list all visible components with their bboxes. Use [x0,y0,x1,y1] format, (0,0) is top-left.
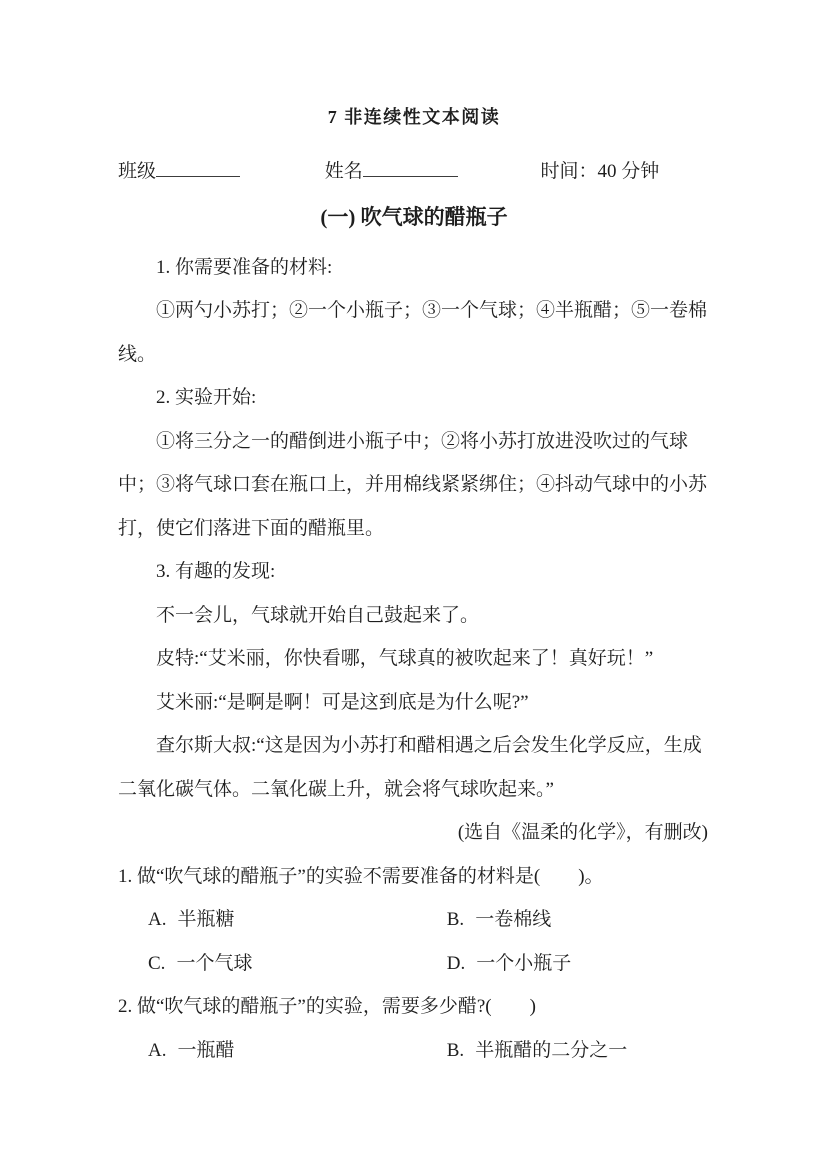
class-blank-line [156,156,240,177]
name-field: 姓名 [325,156,458,186]
option-label: B. [447,898,464,942]
question-1-option-row-2: C.一个气球 D.一个小瓶子 [118,942,718,986]
question-2-stem: 2. 做“吹气球的醋瓶子”的实验，需要多少醋?( ) [118,985,718,1029]
question-2-option-a: A.一瓶醋 [148,1029,442,1073]
name-blank-line [363,156,458,177]
meta-row: 班级 姓名 时间：40 分钟 [118,156,718,186]
passage-paragraph-materials-list: ①两勺小苏打；②一个小瓶子；③一个气球；④半瓶醋；⑤一卷棉线。 [118,289,708,376]
option-text: 一个气球 [176,953,252,974]
doc-title: 7 非连续性文本阅读 [118,104,710,130]
name-label: 姓名 [325,161,363,182]
question-1-option-c: C.一个气球 [148,942,442,986]
option-text: 一个小瓶子 [476,953,571,974]
question-2-option-row-1: A.一瓶醋 B.半瓶醋的二分之一 [118,1029,718,1073]
passage-paragraph-dialogue-pete: 皮特:“艾米丽，你快看哪，气球真的被吹起来了！真好玩！” [118,637,708,681]
option-label: A. [148,898,166,942]
option-label: D. [447,942,465,986]
section-title: (一) 吹气球的醋瓶子 [118,202,710,232]
question-1-option-row-1: A.半瓶糖 B.一卷棉线 [118,898,718,942]
passage-paragraph-experiment-heading: 2. 实验开始: [118,376,708,420]
option-text: 半瓶糖 [177,909,234,930]
class-label: 班级 [118,161,156,182]
question-1-stem: 1. 做“吹气球的醋瓶子”的实验不需要准备的材料是( )。 [118,855,718,899]
passage-paragraph-discovery: 不一会儿，气球就开始自己鼓起来了。 [118,594,708,638]
worksheet-page: 7 非连续性文本阅读 班级 姓名 时间：40 分钟 (一) 吹气球的醋瓶子 1.… [0,0,827,1169]
option-text: 一卷棉线 [475,909,551,930]
option-label: B. [447,1029,464,1073]
question-2-option-b: B.半瓶醋的二分之一 [447,1029,627,1073]
passage-paragraph-experiment-steps: ①将三分之一的醋倒进小瓶子中；②将小苏打放进没吹过的气球中；③将气球口套在瓶口上… [118,420,708,551]
option-text: 半瓶醋的二分之一 [475,1040,627,1061]
option-text: 一瓶醋 [177,1040,234,1061]
question-1-option-d: D.一个小瓶子 [447,942,572,986]
question-1-option-a: A.半瓶糖 [148,898,442,942]
questions-section: 1. 做“吹气球的醋瓶子”的实验不需要准备的材料是( )。 A.半瓶糖 B.一卷… [118,855,718,1073]
time-label: 时间：40 分钟 [541,158,660,186]
passage-paragraph-materials-heading: 1. 你需要准备的材料: [118,246,708,290]
passage: 1. 你需要准备的材料: ①两勺小苏打；②一个小瓶子；③一个气球；④半瓶醋；⑤一… [118,246,708,855]
passage-paragraph-discovery-heading: 3. 有趣的发现: [118,550,708,594]
option-label: C. [148,942,165,986]
question-1-option-b: B.一卷棉线 [447,898,551,942]
class-field: 班级 [118,156,240,186]
passage-paragraph-dialogue-charles: 查尔斯大叔:“这是因为小苏打和醋相遇之后会发生化学反应，生成二氧化碳气体。二氧化… [118,724,708,811]
attribution: (选自《温柔的化学》，有删改) [118,811,708,855]
option-label: A. [148,1029,166,1073]
passage-paragraph-dialogue-emily: 艾米丽:“是啊是啊！可是这到底是为什么呢?” [118,681,708,725]
